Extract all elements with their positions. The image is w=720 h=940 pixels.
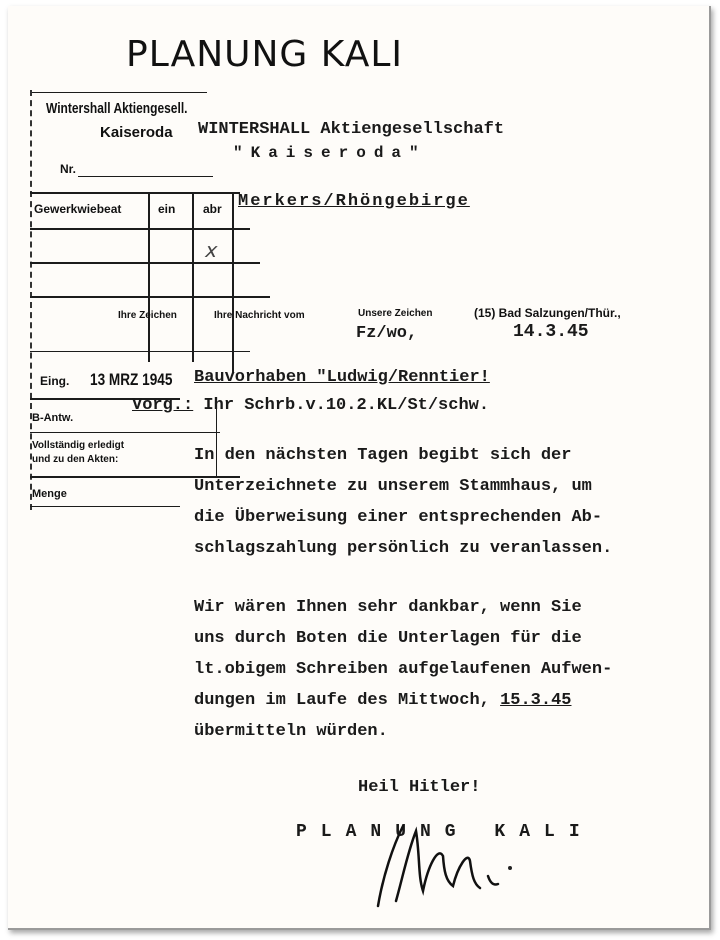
reference-text: Ihr Schrb.v.10.2.KL/St/schw. bbox=[203, 396, 489, 415]
stamp-done-label: Vollständig erledigt bbox=[32, 440, 124, 451]
label-place: (15) Bad Salzungen/Thür., bbox=[474, 306, 621, 320]
divider bbox=[30, 228, 250, 230]
paragraph-line: die Überweisung einer entsprechenden Ab- bbox=[194, 502, 612, 533]
our-sign-value: Fz/wo, bbox=[356, 324, 417, 343]
reference-prefix: Vorg.: bbox=[132, 396, 193, 415]
divider bbox=[30, 296, 270, 298]
paragraph-line: schlagszahlung persönlich zu veranlassen… bbox=[194, 533, 612, 564]
paragraph-2: Wir wären Ihnen sehr dankbar, wenn Sie u… bbox=[194, 592, 612, 747]
subject-line: Bauvorhaben "Ludwig/Renntier! bbox=[194, 368, 490, 387]
paragraph-line: übermitteln würden. bbox=[194, 716, 612, 747]
stamp-works: Kaiseroda bbox=[100, 124, 173, 141]
paragraph-line: lt.obigem Schreiben aufgelaufenen Aufwen… bbox=[194, 654, 612, 685]
divider bbox=[32, 92, 207, 93]
divider bbox=[30, 506, 180, 507]
stamp-check-mark: ⅹ bbox=[204, 238, 216, 263]
stamp-answer-label: B-Antw. bbox=[32, 412, 73, 424]
label-your-message: Ihre Nachricht vom bbox=[214, 310, 305, 321]
recipient-company: WINTERSHALL Aktiengesellschaft bbox=[198, 120, 504, 139]
recipient-location: Merkers/Rhöngebirge bbox=[238, 192, 470, 211]
divider bbox=[30, 432, 220, 433]
stamp-company: Wintershall Aktiengesell. bbox=[46, 100, 187, 117]
document-page: PLANUNG KALI Wintershall Aktiengesell. K… bbox=[8, 6, 711, 930]
paragraph-line: uns durch Boten die Unterlagen für die bbox=[194, 623, 612, 654]
stamp-file-label: und zu den Akten: bbox=[32, 454, 118, 465]
handwritten-signature bbox=[348, 806, 548, 916]
stamp-column-2: ein bbox=[158, 202, 175, 216]
label-our-sign: Unsere Zeichen bbox=[358, 308, 432, 319]
recipient-works: "Kaiseroda" bbox=[233, 144, 427, 162]
underlined-date: 15.3.45 bbox=[500, 691, 571, 710]
divider bbox=[192, 192, 194, 362]
divider bbox=[232, 192, 234, 372]
paragraph-1: In den nächsten Tagen begibt sich der Un… bbox=[194, 440, 612, 564]
divider bbox=[78, 176, 213, 177]
stamp-date-label: Eing. bbox=[40, 374, 69, 388]
paragraph-line: dungen im Laufe des Mittwoch, 15.3.45 bbox=[194, 685, 612, 716]
paragraph-line: In den nächsten Tagen begibt sich der bbox=[194, 440, 612, 471]
divider bbox=[30, 192, 240, 194]
page-title: PLANUNG KALI bbox=[126, 34, 403, 75]
stamp-footer-label: Menge bbox=[32, 488, 67, 500]
reference-line: Vorg.: Ihr Schrb.v.10.2.KL/St/schw. bbox=[132, 396, 489, 415]
paragraph-line: Wir wären Ihnen sehr dankbar, wenn Sie bbox=[194, 592, 612, 623]
divider bbox=[30, 351, 250, 352]
letter-date: 14.3.45 bbox=[513, 322, 589, 342]
stamp-date: 13 MRZ 1945 bbox=[90, 370, 172, 390]
paragraph-line: Unterzeichnete zu unserem Stammhaus, um bbox=[194, 471, 612, 502]
stamp-column-1: Gewerkwiebeat bbox=[34, 202, 121, 216]
closing: Heil Hitler! bbox=[358, 778, 480, 797]
stamp-column-3: abr bbox=[203, 202, 222, 216]
label-your-sign: Ihre Zeichen bbox=[118, 310, 177, 321]
stamp-nr-label: Nr. bbox=[60, 162, 76, 176]
divider bbox=[30, 262, 260, 264]
divider bbox=[148, 192, 150, 362]
